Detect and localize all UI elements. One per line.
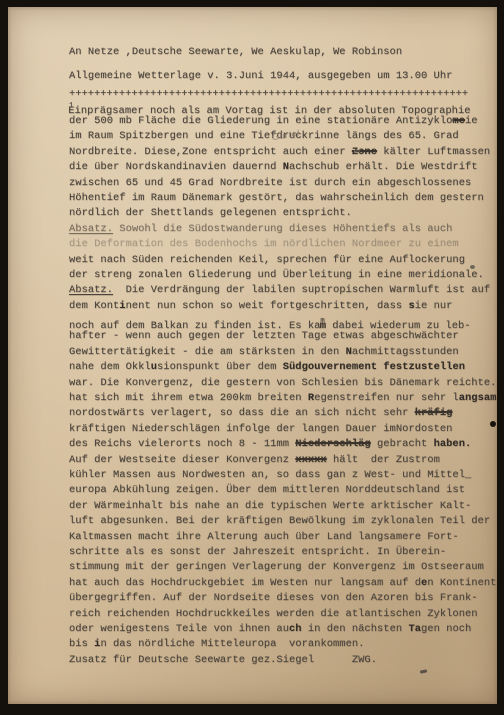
document-line: reich reichenden Hochdruckkeiles werden … <box>69 607 497 622</box>
document-line: zwischen 65 und 45 Grad Nordbreite ist d… <box>69 176 497 191</box>
document-line: 1Einprägsamer noch als am Vortag ist in … <box>69 99 497 114</box>
document-line: Höhentief im Raum Dänemark gestört, das … <box>69 191 497 206</box>
document-line: Absatz. Die Verdrängung der labilen supt… <box>69 283 497 298</box>
body-text: 1Einprägsamer noch als am Vortag ist in … <box>69 99 497 668</box>
subject-line: Allgemeine Wetterlage v. 3.Juni 1944, au… <box>69 69 497 84</box>
document-line: nordostwärts verlagert, so dass die an s… <box>69 406 497 421</box>
punch-hole-dot-lower <box>490 421 496 427</box>
document-line: der streng zonalen Gliederung und Überle… <box>69 268 497 283</box>
document-line: schritte als es sonst der Jahreszeit ent… <box>69 545 497 560</box>
document-line: bis in das nördliche Mitteleuropa vorank… <box>69 637 497 652</box>
document-line: hat sich mit ihrem etwa 200km breiten Re… <box>69 391 497 406</box>
document-line: luft abgesunken. Bei der kräftigen Bewöl… <box>69 514 497 529</box>
document-line: übergegriffen. Auf der Nordseite dieses … <box>69 591 497 606</box>
punch-hole-dot-upper <box>470 265 475 269</box>
document-line: Auf der Westseite dieser Konvergenz xxxx… <box>69 453 497 468</box>
document-line: stimmung mit der geringen Verlagerung de… <box>69 560 497 575</box>
document-line: die Deformation des Bodenhochs im nördli… <box>69 237 497 252</box>
document-content: An Netze ,Deutsche Seewarte, We Aeskulap… <box>8 7 497 668</box>
document-line: noch auf dem Balkan zu finden ist. Es ka… <box>69 314 497 329</box>
document-line: kühler Massen aus Nordwesten an, so dass… <box>69 468 497 483</box>
photographed-page: An Netze ,Deutsche Seewarte, We Aeskulap… <box>0 0 504 715</box>
document-line: kräftigen Niederschlägen infolge der lan… <box>69 422 497 437</box>
document-line: weit nach Süden reichenden Keil, spreche… <box>69 253 497 268</box>
document-line: europa Abkühlung zeigen. Über dem mittle… <box>69 483 497 498</box>
document-line: war. Die Konvergenz, die gestern von Sch… <box>69 376 497 391</box>
document-line: hafter - wenn auch gegen der letzten Tag… <box>69 329 497 344</box>
document-line: Absatz. Sowohl die Südostwanderung diese… <box>69 222 497 237</box>
document-line: oder wenigestens Teile von ihnen auch in… <box>69 622 497 637</box>
document-line: dem Kontinent nun schon so weit fortgesc… <box>69 299 497 314</box>
document-line: Nordbreite. Diese,Zone entspricht auch e… <box>69 145 497 160</box>
handwritten-annotation-er: er <box>354 148 362 156</box>
document-line: Kaltmassen macht ihre Alterung auch über… <box>69 530 497 545</box>
address-line: An Netze ,Deutsche Seewarte, We Aeskulap… <box>69 45 497 60</box>
document-line: des Reichs vielerorts noch 8 - 11mm Nied… <box>69 437 497 452</box>
document-line: Zusatz für Deutsche Seewarte gez.Siegel … <box>69 653 497 668</box>
document-line: die über Nordskandinavien dauernd Nachsc… <box>69 160 497 175</box>
document-page: An Netze ,Deutsche Seewarte, We Aeskulap… <box>8 7 497 704</box>
document-line: nördlich der Shettlands gelegenen entspr… <box>69 206 497 221</box>
document-line: Gewittertätigkeit - die am stärksten in … <box>69 345 497 360</box>
document-line: nahe dem Okklusionspunkt über dem Südgou… <box>69 360 497 375</box>
document-line: der Wärmeinhalt bis nahe an die typische… <box>69 499 497 514</box>
document-line: hat auch das Hochdruckgebiet im Westen n… <box>69 576 497 591</box>
document-line: der 500 mb Fläche die Gliederung in eine… <box>69 114 497 129</box>
